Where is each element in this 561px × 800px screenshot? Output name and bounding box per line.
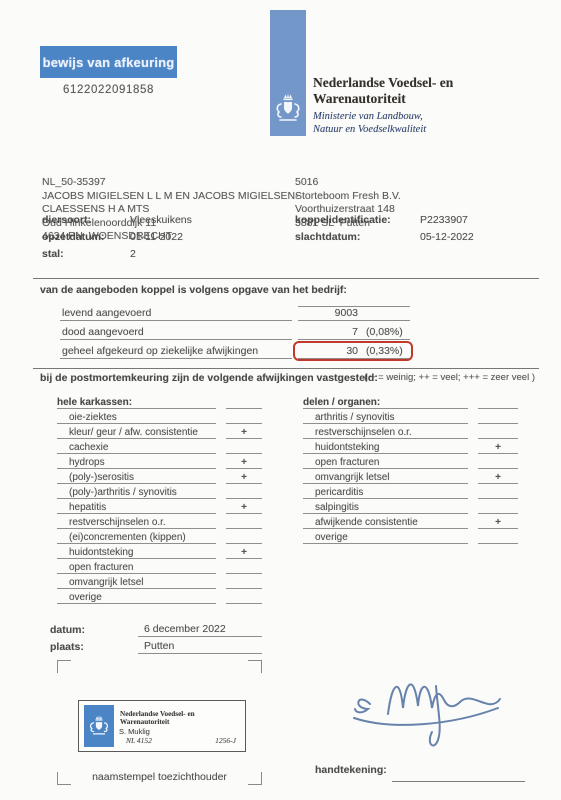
finding-row: omvangrijk letsel	[57, 574, 262, 589]
supply-row-label: geheel afgekeurd op ziekelijke afwijking…	[60, 345, 292, 359]
parts-organs-column: delen / organen: arthritis / synovitis r…	[303, 394, 518, 544]
finding-row: arthritis / synovitis	[303, 409, 518, 424]
finding-score	[226, 603, 262, 604]
finding-label: (ei)concrementen (kippen)	[57, 532, 216, 544]
stamp-caption: naamstempel toezichthouder	[57, 771, 262, 783]
finding-row: cachexie	[57, 439, 262, 454]
finding-row: hepatitis +	[57, 499, 262, 514]
rijkslogo-icon	[274, 92, 302, 126]
detail-label: diersoort:	[42, 214, 130, 226]
handwritten-signature	[340, 652, 510, 757]
finding-label: huidontsteking	[303, 442, 468, 454]
address-line: JACOBS MIGIELSEN L L M EN JACOBS MIGIELS…	[42, 190, 299, 204]
stamp-inspector-name: S. Muklig	[119, 727, 150, 736]
parts-organs-rows: arthritis / synovitis restverschijnselen…	[303, 409, 518, 544]
finding-score	[226, 588, 262, 589]
supply-row-value-cell: 7 (0,08%)	[298, 326, 410, 340]
stamp-inspector-number: NL 4152	[126, 736, 152, 745]
finding-label: overige	[303, 532, 468, 544]
supply-row-label: levend aangevoerd	[60, 307, 292, 321]
postmortem-legend: ( + = weinig; ++ = veel; +++ = zeer veel…	[330, 372, 535, 383]
finding-row: huidontsteking +	[303, 439, 518, 454]
detail-value: P2233907	[420, 214, 468, 226]
finding-score	[226, 573, 262, 574]
finding-score: +	[226, 547, 262, 559]
finding-row: omvangrijk letsel +	[303, 469, 518, 484]
finding-row: (ei)concrementen (kippen)	[57, 529, 262, 544]
details-right: koppelidentificatie: P2233907 slachtdatu…	[295, 214, 474, 248]
detail-value: Vleeskuikens	[130, 214, 192, 226]
finding-label: arthritis / synovitis	[303, 412, 468, 424]
finding-score	[226, 453, 262, 454]
finding-row: hydrops +	[57, 454, 262, 469]
stamp-corner-bracket	[248, 660, 262, 673]
finding-row: restverschijnselen o.r.	[303, 424, 518, 439]
detail-label: koppelidentificatie:	[295, 214, 420, 226]
place-row: plaats: Putten	[50, 637, 262, 654]
document-number: 6122022091858	[63, 84, 154, 96]
stamp-logo-block	[84, 705, 114, 747]
supply-row-value-cell: 9003	[298, 306, 410, 321]
detail-value: 01-11-2022	[130, 231, 183, 243]
detail-row: slachtdatum: 05-12-2022	[295, 231, 474, 248]
finding-row: salpingitis	[303, 499, 518, 514]
org-header: Nederlandse Voedsel- en Warenautoriteit …	[313, 75, 453, 136]
finding-score: +	[226, 502, 262, 514]
finding-row: overige	[57, 589, 262, 604]
finding-row: (poly-)arthritis / synovitis	[57, 484, 262, 499]
finding-label: restverschijnselen o.r.	[57, 517, 216, 529]
date-row: datum: 6 december 2022	[50, 620, 262, 637]
finding-label: salpingitis	[303, 502, 468, 514]
detail-label: stal:	[42, 248, 130, 260]
supply-row-percentage: (0,33%)	[358, 345, 410, 357]
ministry-line1: Ministerie van Landbouw,	[313, 110, 453, 123]
org-name-line2: Warenautoriteit	[313, 91, 453, 107]
finding-score	[478, 513, 518, 514]
finding-score	[226, 423, 262, 424]
supply-row: geheel afgekeurd op ziekelijke afwijking…	[60, 340, 412, 359]
finding-label: omvangrijk letsel	[57, 577, 216, 589]
ministry-line2: Natuur en Voedselkwaliteit	[313, 123, 453, 136]
supply-section-title: van de aangeboden koppel is volgens opga…	[40, 284, 347, 296]
finding-label: hydrops	[57, 457, 216, 469]
supply-row-label: dood aangevoerd	[60, 326, 292, 340]
detail-label: opzetdatum:	[42, 231, 130, 243]
place-label: plaats:	[50, 641, 138, 654]
stamp-corner-bracket	[57, 660, 71, 673]
section-divider	[33, 278, 539, 279]
finding-label: pericarditis	[303, 487, 468, 499]
finding-row: afwijkende consistentie +	[303, 514, 518, 529]
finding-score: +	[478, 517, 518, 529]
parts-organs-header-row: delen / organen:	[303, 394, 518, 409]
detail-row: diersoort: Vleeskuikens	[42, 214, 192, 231]
org-name-line1: Nederlandse Voedsel- en	[313, 75, 453, 91]
section-divider	[33, 368, 539, 369]
finding-row: open fracturen	[57, 559, 262, 574]
stamp-form-code: 1256-J	[215, 736, 236, 745]
finding-label: (poly-)arthritis / synovitis	[57, 487, 216, 499]
inspector-name-stamp: Nederlandse Voedsel- en Warenautoriteit …	[78, 700, 246, 752]
whole-carcasses-header: hele karkassen:	[57, 397, 216, 409]
finding-score	[478, 498, 518, 499]
finding-row: open fracturen	[303, 454, 518, 469]
address-line: Storteboom Fresh B.V.	[295, 190, 401, 204]
supply-row-percentage	[358, 307, 410, 319]
finding-score	[478, 468, 518, 469]
rejection-badge: bewijs van afkeuring	[40, 46, 177, 78]
finding-score: +	[226, 427, 262, 439]
detail-row: stal: 2	[42, 248, 192, 265]
finding-score	[478, 543, 518, 544]
score-cell	[478, 408, 518, 409]
signature-label: handtekening:	[315, 764, 387, 776]
supply-row-percentage: (0,08%)	[358, 326, 410, 338]
finding-score: +	[226, 472, 262, 484]
finding-label: kleur/ geur / afw. consistentie	[57, 427, 216, 439]
finding-score	[478, 423, 518, 424]
supply-row-value-cell: 30 (0,33%)	[298, 345, 410, 359]
finding-score: +	[478, 472, 518, 484]
detail-label: slachtdatum:	[295, 231, 420, 243]
whole-carcasses-column: hele karkassen: oie-ziektes kleur/ geur …	[57, 394, 262, 604]
government-ribbon	[270, 10, 306, 136]
stamp-org-name: Nederlandse Voedsel- en Warenautoriteit	[120, 710, 242, 726]
details-left: diersoort: Vleeskuikens opzetdatum: 01-1…	[42, 214, 192, 265]
scanned-rejection-certificate: bewijs van afkeuring 6122022091858 Neder…	[0, 0, 561, 800]
supply-table: levend aangevoerd 9003 dood aangevoerd 7…	[60, 302, 412, 359]
place-value: Putten	[138, 640, 262, 654]
date-value: 6 december 2022	[138, 623, 262, 637]
date-label: datum:	[50, 624, 138, 637]
parts-organs-header: delen / organen:	[303, 397, 468, 409]
finding-row: overige	[303, 529, 518, 544]
finding-score: +	[226, 457, 262, 469]
finding-label: cachexie	[57, 442, 216, 454]
postmortem-section-title: bij de postmortemkeuring zijn de volgend…	[40, 372, 378, 384]
finding-label: huidontsteking	[57, 547, 216, 559]
score-cell	[226, 408, 262, 409]
finding-row: kleur/ geur / afw. consistentie +	[57, 424, 262, 439]
finding-row: restverschijnselen o.r.	[57, 514, 262, 529]
supply-row-count: 9003	[298, 307, 358, 319]
finding-label: open fracturen	[57, 562, 216, 574]
detail-value: 05-12-2022	[420, 231, 474, 243]
finding-row: huidontsteking +	[57, 544, 262, 559]
finding-score	[226, 528, 262, 529]
whole-carcasses-header-row: hele karkassen:	[57, 394, 262, 409]
supply-row-count: 7	[298, 326, 358, 338]
address-line: 5016	[295, 176, 401, 190]
finding-score	[226, 543, 262, 544]
address-line: NL_50-35397	[42, 176, 299, 190]
finding-row: oie-ziektes	[57, 409, 262, 424]
finding-row: pericarditis	[303, 484, 518, 499]
rijkslogo-icon	[88, 714, 110, 738]
signature-line	[392, 781, 525, 782]
supply-row: dood aangevoerd 7 (0,08%)	[60, 321, 412, 340]
finding-score	[478, 438, 518, 439]
finding-label: restverschijnselen o.r.	[303, 427, 468, 439]
date-place-block: datum: 6 december 2022 plaats: Putten	[50, 620, 262, 654]
finding-label: (poly-)serositis	[57, 472, 216, 484]
finding-label: omvangrijk letsel	[303, 472, 468, 484]
finding-score: +	[478, 442, 518, 454]
finding-label: overige	[57, 592, 216, 604]
finding-label: hepatitis	[57, 502, 216, 514]
rejection-badge-label: bewijs van afkeuring	[43, 55, 175, 70]
detail-row: koppelidentificatie: P2233907	[295, 214, 474, 231]
finding-row: (poly-)serositis +	[57, 469, 262, 484]
detail-row: opzetdatum: 01-11-2022	[42, 231, 192, 248]
supply-row: levend aangevoerd 9003	[60, 302, 412, 321]
finding-score	[226, 498, 262, 499]
finding-label: open fracturen	[303, 457, 468, 469]
detail-value: 2	[130, 248, 136, 260]
finding-label: oie-ziektes	[57, 412, 216, 424]
finding-label: afwijkende consistentie	[303, 517, 468, 529]
whole-carcasses-rows: oie-ziektes kleur/ geur / afw. consisten…	[57, 409, 262, 604]
supply-row-count: 30	[298, 345, 358, 357]
